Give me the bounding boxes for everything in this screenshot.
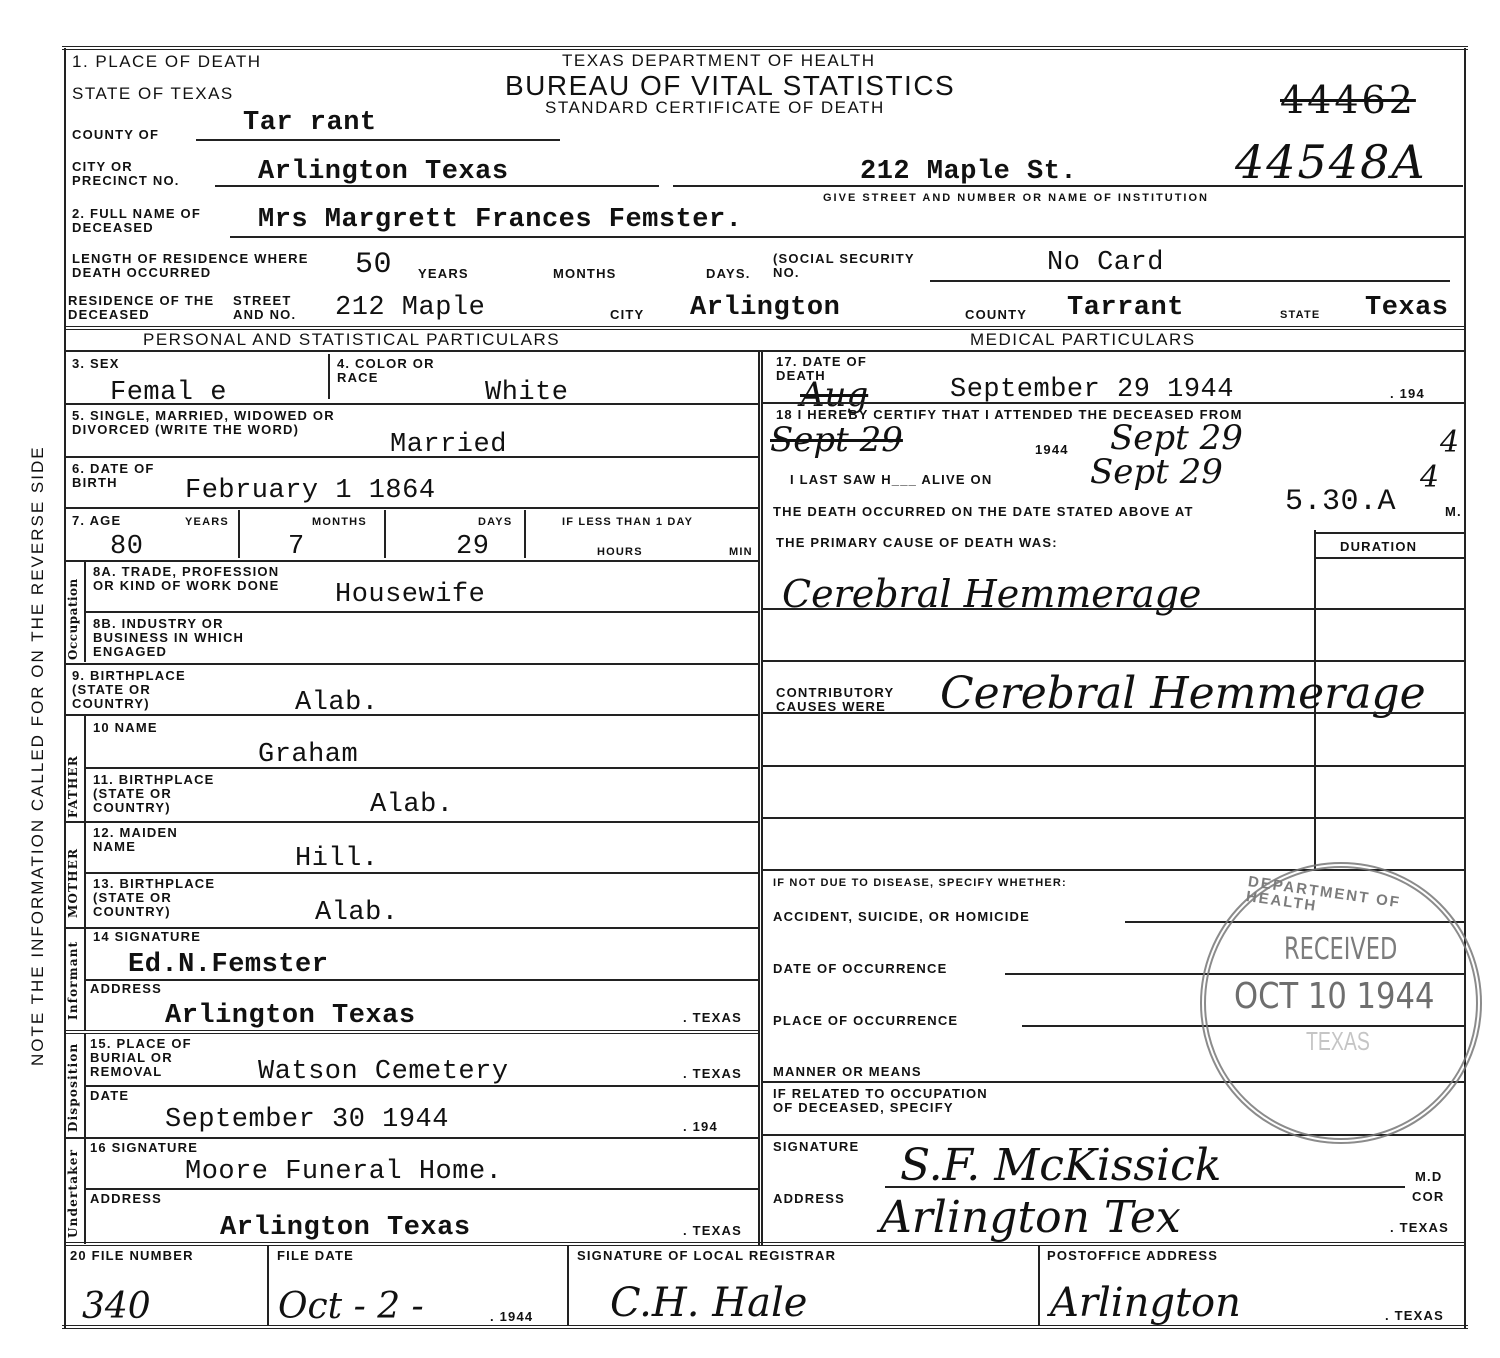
undertaker-side-label: Undertaker [66,1149,80,1238]
city-label: CITY OR PRECINCT NO. [72,160,212,188]
birthplace-label: 9. BIRTHPLACE (STATE OR COUNTRY) [72,669,232,711]
state-label: STATE OF TEXAS [72,86,234,101]
left-border [64,48,66,1328]
age-label: 7. AGE [72,514,121,528]
dod-year-suffix: . 194 [1390,387,1425,401]
time-label: THE DEATH OCCURRED ON THE DATE STATED AB… [773,505,1194,519]
age-years-label: YEARS [185,515,229,529]
row-line [84,979,758,981]
row-line [84,1188,758,1190]
row-line [64,560,758,562]
last-saw-label: I LAST SAW H___ ALIVE ON [790,473,992,487]
dob-label: 6. DATE OF BIRTH [72,462,182,490]
father-birthplace-label: 11. BIRTHPLACE (STATE OR COUNTRY) [93,773,253,815]
row-line [64,1137,758,1139]
dept-title: TEXAS DEPARTMENT OF HEALTH [562,53,876,68]
row-line [763,817,1464,819]
m-label: M. [1445,505,1462,519]
personal-section-header: PERSONAL AND STATISTICAL PARTICULARS [143,332,560,347]
informant-addr-value: Arlington Texas [165,1001,416,1031]
hours-label: HOURS [597,545,643,559]
less-day-label: IF LESS THAN 1 DAY [562,515,693,529]
father-name-label: 10 NAME [93,721,158,735]
row-line [84,872,758,874]
street-underline [673,185,1463,187]
undertaker-texas: . TEXAS [683,1224,742,1238]
father-birthplace-value: Alab. [370,790,454,820]
occurrence-date-label: DATE OF OCCURRENCE [773,962,947,976]
mother-name-value: Hill. [295,844,379,874]
row-line [763,712,1464,714]
center-divider [758,350,763,1245]
undertaker-sig-value: Moore Funeral Home. [185,1157,502,1187]
postoffice-label: POSTOFFICE ADDRESS [1047,1249,1218,1263]
occurrence-place-label: PLACE OF OCCURRENCE [773,1014,958,1028]
dob-value: February 1 1864 [185,476,436,506]
burial-label: 15. PLACE OF BURIAL OR REMOVAL [90,1037,230,1079]
burial-value: Watson Cemetery [258,1057,509,1087]
stamp-date: OCT 10 1944 [1234,976,1434,1017]
row-line [763,765,1464,767]
months-label: MONTHS [553,267,617,281]
dod-value: September 29 1944 [950,375,1234,405]
full-name-value: Mrs Margrett Frances Femster. [258,205,742,235]
burial-date-label: DATE [90,1089,129,1103]
cert-number: 44548A [1235,135,1427,189]
physician-signature: S.F. McKissick [900,1140,1221,1191]
residence-length-label: LENGTH OF RESIDENCE WHERE DEATH OCCURRED [72,252,362,280]
residence-street: 212 Maple [335,293,485,323]
row-line [763,608,1464,610]
related-occupation-label: IF RELATED TO OCCUPATION OF DECEASED, SP… [773,1087,1013,1115]
residence-city: Arlington [690,293,840,323]
postoffice-value: Arlington [1050,1280,1241,1326]
file-number-value: 340 [82,1286,151,1327]
residence-city-label: CITY [610,308,644,322]
marital-label: 5. SINGLE, MARRIED, WIDOWED OR DIVORCED … [72,409,342,437]
father-side-label: FATHER [66,755,80,818]
residence-street-label: STREET AND NO. [233,294,323,322]
informant-sig-value: Ed.N.Femster [128,950,328,980]
place-street-value: 212 Maple St. [860,157,1077,187]
years-label: YEARS [418,267,469,281]
informant-addr-label: ADDRESS [90,982,162,996]
received-stamp: DEPARTMENT OF HEALTH RECEIVED OCT 10 194… [1200,862,1482,1144]
disposition-side-label: Disposition [66,1043,80,1132]
footer-divider-v [567,1246,569,1326]
street-hint: GIVE STREET AND NUMBER OR NAME OF INSTIT… [823,191,1209,205]
undertaker-addr-value: Arlington Texas [220,1213,471,1243]
top-border [62,46,1468,50]
row-line [885,1186,1405,1188]
mother-name-label: 12. MAIDEN NAME [93,826,213,854]
row-line [763,402,1464,404]
county-value: Tar rant [243,108,377,138]
row-line [763,660,1464,662]
duration-top [1314,532,1464,534]
undertaker-sig-label: 16 SIGNATURE [90,1141,198,1155]
age-divider [384,510,386,558]
sex-race-divider [328,354,330,399]
row-line [84,611,758,613]
informant-texas: . TEXAS [683,1011,742,1025]
attended-from: Sept 29 [770,420,903,460]
row-line [64,456,758,458]
ssn-value: No Card [1047,248,1164,278]
postoffice-texas: . TEXAS [1385,1309,1444,1323]
md-label: M.D [1415,1170,1442,1184]
physician-address: Arlington Tex [880,1192,1181,1243]
age-divider [238,510,240,558]
city-value: Arlington Texas [258,157,509,187]
right-border [1464,48,1466,1328]
residence-years: 50 [355,248,392,282]
name-underline [230,236,1464,238]
stamp-received: RECEIVED [1284,932,1397,967]
contrib-label: CONTRIBUTORY CAUSES WERE [776,686,936,714]
min-label: MIN [729,545,753,559]
medical-section-header: MEDICAL PARTICULARS [970,332,1196,347]
burial-texas: . TEXAS [683,1067,742,1081]
duration-label: DURATION [1340,540,1417,554]
age-days-label: DAYS [478,515,512,529]
form-title: STANDARD CERTIFICATE OF DEATH [545,100,885,115]
father-name-value: Graham [258,740,358,770]
registrar-signature: C.H. Hale [610,1280,807,1326]
last-saw-year: 4 [1420,460,1439,495]
trade-label: 8A. TRADE, PROFESSION OR KIND OF WORK DO… [93,565,283,593]
row-line [84,767,758,769]
accident-label: ACCIDENT, SUICIDE, OR HOMICIDE [773,910,1030,924]
footer-divider [64,1242,1464,1246]
stamp-state: TEXAS [1306,1026,1370,1057]
mother-divider [84,823,86,927]
physician-texas: . TEXAS [1390,1221,1449,1235]
row-line [84,1085,758,1087]
burial-year-suffix: . 194 [683,1120,718,1134]
residence-state-label: STATE [1280,308,1320,322]
trade-value: Housewife [335,580,485,610]
file-date-value: Oct - 2 - [278,1286,424,1327]
age-months-value: 7 [288,532,305,562]
full-name-label: 2. FULL NAME OF DECEASED [72,207,222,235]
ssn-label: (SOCIAL SECURITY NO. [773,252,933,280]
cert-number-struck: 44462 [1280,78,1416,122]
mother-side-label: MOTHER [66,848,80,918]
cor-label: COR [1412,1190,1445,1204]
place-of-death-label: 1. PLACE OF DEATH [72,54,262,69]
ssn-underline [930,280,1450,282]
row-line [64,663,758,665]
last-saw-value: Sept 29 [1090,452,1223,492]
informant-side-label: Informant [66,941,80,1020]
row-line [64,821,758,823]
city-underline [215,185,659,187]
age-divider [524,510,526,558]
section-header-underline [64,350,1464,352]
residence-county-label: COUNTY [965,308,1027,322]
physician-address-label: ADDRESS [773,1192,845,1206]
attended-to-year: 4 [1440,425,1459,460]
industry-label: 8B. INDUSTRY OR BUSINESS IN WHICH ENGAGE… [93,617,283,659]
residence-state: Texas [1365,293,1449,323]
footer-divider-v [1038,1246,1040,1326]
manner-label: MANNER OR MEANS [773,1065,922,1079]
row-line [64,507,758,509]
footer-divider-v [267,1246,269,1326]
residence-label: RESIDENCE OF THE DECEASED [68,294,223,322]
burial-date-value: September 30 1944 [165,1105,449,1135]
age-days-value: 29 [456,532,489,562]
age-months-label: MONTHS [312,515,367,529]
signature-label: SIGNATURE [773,1140,859,1154]
undertaker-addr-label: ADDRESS [90,1192,162,1206]
time-value: 5.30.A [1285,485,1396,519]
residence-county: Tarrant [1067,293,1184,323]
file-date-year: . 1944 [490,1310,533,1324]
county-label: COUNTY OF [72,128,159,142]
row-line [64,403,758,405]
reverse-side-note: NOTE THE INFORMATION CALLED FOR ON THE R… [30,445,45,1066]
age-years-value: 80 [110,532,143,562]
informant-sig-label: 14 SIGNATURE [93,930,201,944]
duration-header-line [1314,557,1464,559]
sex-label: 3. SEX [72,357,120,371]
row-line [64,714,758,716]
days-label: DAYS. [706,267,751,281]
occupation-side-label: Occupation [66,578,80,660]
father-divider [84,716,86,824]
disposition-divider [84,1034,86,1244]
file-number-label: 20 FILE NUMBER [70,1249,194,1263]
not-disease-label: IF NOT DUE TO DISEASE, SPECIFY WHETHER: [773,876,1067,890]
mother-birthplace-label: 13. BIRTHPLACE (STATE OR COUNTRY) [93,877,253,919]
primary-cause-label: THE PRIMARY CAUSE OF DEATH WAS: [776,536,1058,550]
registrar-label: SIGNATURE OF LOCAL REGISTRAR [577,1249,836,1263]
attended-from-year: 1944 [1035,443,1069,457]
stamp-ring-text: DEPARTMENT OF HEALTH [1245,874,1477,936]
row-line [64,1030,758,1034]
file-date-label: FILE DATE [277,1249,354,1263]
county-underline [196,139,560,141]
mother-birthplace-value: Alab. [315,898,399,928]
race-label: 4. COLOR OR RACE [337,357,447,385]
